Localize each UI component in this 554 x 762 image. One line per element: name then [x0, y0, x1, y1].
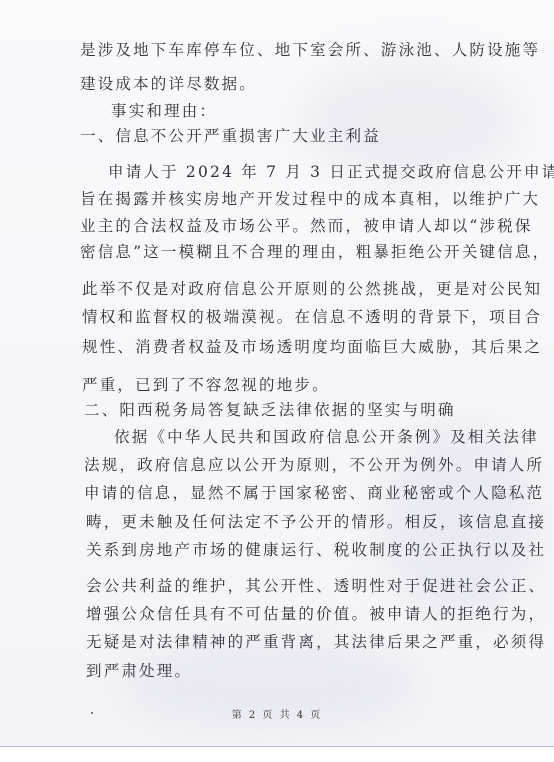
body-line: 业主的合法权益及市场公平。然而，被申请人却以“涉税保: [80, 214, 533, 236]
body-line: 旨在揭露并核实房地产开发过程中的成本真相，以维护广大: [80, 187, 540, 209]
body-line: 此举不仅是对政府信息公开原则的公然挑战，更是对公民知: [82, 277, 542, 299]
page-number: 第 2 页 共 4 页: [0, 706, 554, 721]
body-line: 申请的信息，显然不属于国家秘密、商业秘密或个人隐私范: [84, 481, 544, 503]
body-line: 密信息”这一模糊且不合理的理由，粗暴拒绝公开关键信息，: [80, 240, 550, 262]
page-bottom-edge: [0, 746, 554, 762]
body-line: 严重，已到了不容忽视的地步。: [82, 373, 330, 395]
body-line: 规性、消费者权益及市场透明度均面临巨大威胁，其后果之: [82, 335, 542, 357]
section-heading-facts: 事实和理由：: [111, 99, 217, 121]
body-line: 畴，更未触及任何法定不予公开的情形。相反，该信息直接: [86, 510, 546, 532]
scanned-page: 是涉及地下车库停车位、地下室会所、游泳池、人防设施等 建设成本的详尽数据。 事实…: [0, 0, 554, 762]
section-heading-1: 一、信息不公开严重损害广大业主利益: [80, 124, 381, 146]
body-line: 会公共利益的维护，其公开性、透明性对于促进社会公正、: [86, 574, 546, 596]
body-line: 依据《中华人民共和国政府信息公开条例》及相关法律: [114, 425, 539, 447]
body-line: 无疑是对法律精神的严重背离，其法律后果之严重，必须得: [86, 630, 546, 652]
body-line: 建设成本的详尽数据。: [80, 72, 257, 94]
body-line: 增强公众信任具有不可估量的价值。被申请人的拒绝行为，: [86, 602, 546, 624]
body-line: 申请人于 2024 年 7 月 3 日正式提交政府信息公开申请，: [108, 160, 554, 182]
body-line: 到严肃处理。: [86, 659, 192, 681]
body-line: 法规，政府信息应以公开为原则，不公开为例外。申请人所: [84, 453, 544, 475]
body-line: 情权和监督权的极端漠视。在信息不透明的背景下，项目合: [82, 305, 542, 327]
section-heading-2: 二、阳西税务局答复缺乏法律依据的坚实与明确: [84, 398, 456, 420]
body-line: 关系到房地产市场的健康运行、税收制度的公正执行以及社: [86, 538, 546, 560]
body-line: 是涉及地下车库停车位、地下室会所、游泳池、人防设施等: [80, 38, 540, 60]
